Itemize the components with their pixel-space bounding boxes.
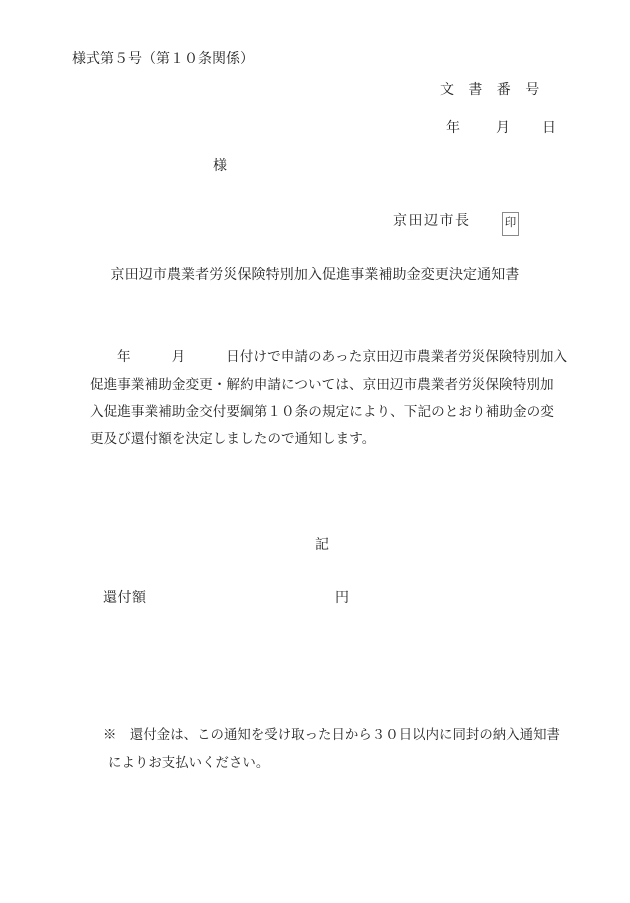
- sender-title: 京田辺市長: [393, 215, 471, 229]
- record-marker: 記: [315, 539, 329, 553]
- document-page: 様式第５号（第１０条関係） 文 書 番 号 年月日 様 京田辺市長 印 京田辺市…: [0, 0, 630, 903]
- body-line: 入促進事業補助金交付要綱第１０条の規定により、下記のとおり補助金の変: [90, 405, 554, 419]
- body-line: 更及び還付額を決定しましたので通知します。: [90, 432, 375, 446]
- body-line: 促進事業補助金変更・解約申請については、京田辺市農業者労災保険特別加: [90, 378, 554, 392]
- seal-placeholder: 印: [502, 212, 519, 236]
- date-line: 年月日: [432, 108, 556, 150]
- date-day-label: 日: [542, 121, 556, 136]
- note-line: ※ 還付金は、この通知を受け取った日から３０日以内に同封の納入通知書: [103, 728, 560, 741]
- document-title: 京田辺市農業者労災保険特別加入促進事業補助金変更決定通知書: [0, 269, 630, 283]
- date-year-label: 年: [446, 121, 460, 136]
- seal-label: 印: [505, 218, 517, 230]
- date-month-label: 月: [496, 121, 510, 136]
- body-line: 年 月 日付けで申請のあった京田辺市農業者労災保険特別加入: [117, 350, 567, 364]
- doc-number-label: 文 書 番 号: [440, 84, 539, 98]
- note-line: によりお支払いください。: [108, 756, 269, 769]
- refund-amount-label: 還付額: [103, 592, 147, 606]
- recipient-honorific: 様: [213, 160, 227, 174]
- yen-unit-label: 円: [335, 592, 349, 606]
- form-number-label: 様式第５号（第１０条関係）: [72, 53, 254, 67]
